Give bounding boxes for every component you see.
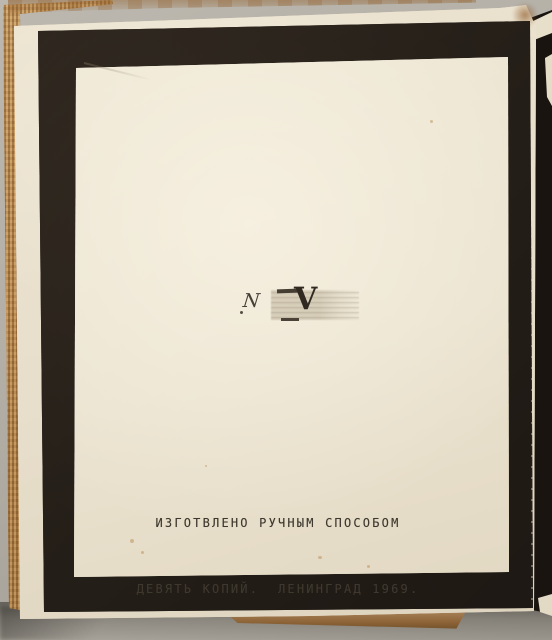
copy-number-numeral: V bbox=[294, 285, 317, 316]
overstrike-mark-bottom bbox=[281, 318, 299, 321]
colophon-text: ИЗГОТВЛЕНО РУЧНЫМ СПОСОБОМ ДЕВЯТЬ КОПИЙ.… bbox=[75, 468, 481, 640]
fore-edge-seam bbox=[531, 26, 533, 608]
numero-letter: N bbox=[242, 292, 261, 311]
fox-spot bbox=[430, 120, 433, 123]
colophon-line-2: ДЕВЯТЬ КОПИЙ. ЛЕНИНГРАД 1969. bbox=[75, 578, 481, 600]
fox-spot bbox=[205, 465, 207, 467]
colophon-line-1: ИЗГОТВЛЕНО РУЧНЫМ СПОСОБОМ bbox=[75, 512, 481, 534]
photo-of-book-page: N V ИЗГОТВЛЕНО РУЧНЫМ СПОСОБОМ ДЕВЯТЬ КО… bbox=[0, 0, 552, 640]
